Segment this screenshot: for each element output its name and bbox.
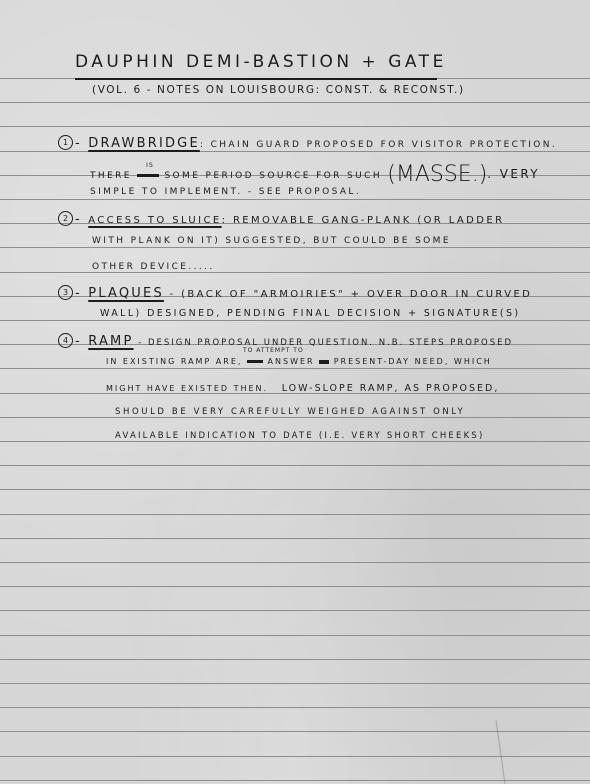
ruled-line bbox=[0, 465, 590, 466]
item-text: - (Back of "Armoiries" + over door in cu… bbox=[164, 289, 532, 300]
ruled-line bbox=[0, 659, 590, 660]
item-text: should be very carefully weighed against… bbox=[115, 407, 465, 417]
item-text: with plank on it) suggested, but could b… bbox=[92, 236, 451, 246]
item-access-to-sluice: 2- Access to Sluice: Removable gang-plan… bbox=[58, 208, 504, 227]
ruled-line bbox=[0, 320, 590, 321]
item-drawbridge: 1- Drawbridge: Chain guard proposed for … bbox=[58, 132, 557, 151]
title-underline bbox=[75, 78, 437, 80]
crossed-out-word bbox=[137, 174, 159, 177]
ruled-line bbox=[0, 489, 590, 490]
item-text: available indication to date (i.e. very … bbox=[115, 431, 484, 441]
item-text: other device..... bbox=[92, 262, 215, 272]
insertion-text: to attempt to bbox=[243, 347, 304, 354]
ruled-line bbox=[0, 683, 590, 684]
item-number: 3 bbox=[58, 285, 73, 300]
item-text: : Removable gang-plank (or ladder bbox=[222, 215, 505, 226]
ruled-line bbox=[0, 562, 590, 563]
item-text: wall) Designed, pending final decision +… bbox=[100, 308, 521, 319]
item-heading: Access to Sluice bbox=[88, 215, 221, 226]
page-subtitle: (Vol. 6 - Notes on Louisbourg: Const. & … bbox=[92, 84, 465, 96]
ruled-line bbox=[0, 514, 590, 515]
ruled-line bbox=[0, 707, 590, 708]
item-heading: Drawbridge bbox=[88, 136, 200, 151]
ruled-line bbox=[0, 441, 590, 442]
item-text: : Chain guard proposed for visitor prote… bbox=[200, 140, 557, 150]
item-number: 4 bbox=[58, 333, 73, 348]
item-number: 2 bbox=[58, 211, 73, 226]
item-text: - Design proposal under question. N.B. S… bbox=[134, 338, 514, 348]
ruled-line bbox=[0, 586, 590, 587]
ruled-line bbox=[0, 610, 590, 611]
crossed-out-word bbox=[319, 360, 329, 364]
item-heading: Plaques bbox=[88, 286, 164, 301]
ruled-line bbox=[0, 102, 590, 103]
item-number: 1 bbox=[58, 135, 73, 150]
ruled-line bbox=[0, 126, 590, 127]
page-title: Dauphin Demi-Bastion + Gate bbox=[75, 52, 447, 72]
ruled-line bbox=[0, 199, 590, 200]
ruled-line bbox=[0, 272, 590, 273]
paper-crease bbox=[496, 720, 506, 784]
ruled-line bbox=[0, 780, 590, 781]
ruled-line bbox=[0, 731, 590, 732]
item-text: in existing ramp are, to attempt to answ… bbox=[106, 357, 492, 366]
item-text: might have existed then. Low-slope ramp,… bbox=[106, 383, 499, 394]
ruled-line bbox=[0, 538, 590, 539]
ruled-line bbox=[0, 368, 590, 369]
ruled-line bbox=[0, 635, 590, 636]
ruled-line bbox=[0, 247, 590, 248]
ruled-line bbox=[0, 151, 590, 152]
item-heading: Ramp bbox=[88, 334, 133, 349]
item-text: simple to implement. - See proposal. bbox=[90, 187, 361, 197]
item-plaques: 3- Plaques - (Back of "Armoiries" + over… bbox=[58, 282, 532, 301]
crossed-out-word bbox=[247, 360, 263, 363]
ruled-line bbox=[0, 417, 590, 418]
insertion-text: is bbox=[146, 162, 154, 169]
item-text: There is some period source for such (Ma… bbox=[90, 162, 540, 187]
